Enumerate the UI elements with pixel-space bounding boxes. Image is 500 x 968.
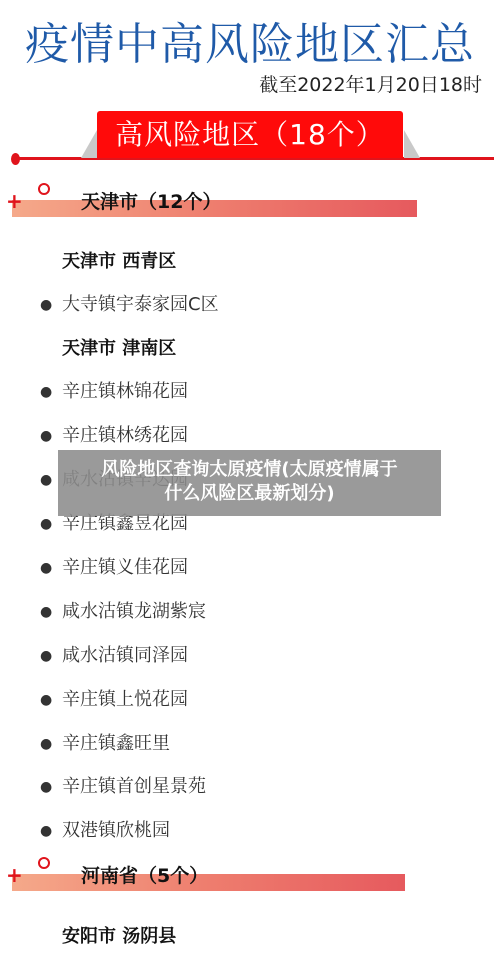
bullet-icon: ● xyxy=(40,560,62,576)
bullet-icon: ● xyxy=(40,384,62,400)
as-of-timestamp: 截至2022年1月20日18时 xyxy=(259,70,482,97)
banner-label: 高风险地区（18个） xyxy=(97,111,403,158)
gradient-bar xyxy=(12,874,405,891)
district-heading: 安阳市 汤阴县 xyxy=(62,922,176,948)
circle-icon xyxy=(38,183,50,195)
circle-icon xyxy=(38,857,50,869)
list-item: ●辛庄镇鑫旺里 xyxy=(40,729,170,755)
section-label: 河南省（5个） xyxy=(81,861,208,888)
list-item: ●双港镇欣桃园 xyxy=(40,816,170,842)
section-header-henan: + 河南省（5个） xyxy=(0,857,500,897)
high-risk-banner: 高风险地区（18个） xyxy=(0,110,500,170)
list-item: ●辛庄镇林绣花园 xyxy=(40,421,188,447)
district-heading: 天津市 西青区 xyxy=(62,247,176,273)
bullet-icon: ● xyxy=(40,779,62,795)
article-title-overlay[interactable]: 风险地区查询太原疫情(太原疫情属于 什么风险区最新划分) xyxy=(58,450,441,516)
list-item: ●咸水沽镇同泽园 xyxy=(40,641,188,667)
bullet-icon: ● xyxy=(40,428,62,444)
bullet-icon: ● xyxy=(40,692,62,708)
bullet-icon: ● xyxy=(40,823,62,839)
list-item: ●辛庄镇义佳花园 xyxy=(40,553,188,579)
ribbon-fold-right xyxy=(404,130,420,158)
bullet-icon: ● xyxy=(40,516,62,532)
district-heading: 天津市 津南区 xyxy=(62,334,176,360)
list-item: ●咸水沽镇龙湖紫宸 xyxy=(40,597,206,623)
list-item: ●辛庄镇上悦花园 xyxy=(40,685,188,711)
dot-icon xyxy=(11,153,20,165)
overlay-line-1: 风险地区查询太原疫情(太原疫情属于 xyxy=(58,458,441,482)
bullet-icon: ● xyxy=(40,736,62,752)
page-title: 疫情中高风险地区汇总 xyxy=(0,8,500,72)
list-item: ●大寺镇宇泰家园C区 xyxy=(40,290,219,316)
bullet-icon: ● xyxy=(40,297,62,313)
plus-icon: + xyxy=(6,189,23,213)
bullet-icon: ● xyxy=(40,604,62,620)
bullet-icon: ● xyxy=(40,648,62,664)
section-label: 天津市（12个） xyxy=(81,187,221,214)
overlay-line-2: 什么风险区最新划分) xyxy=(58,482,441,506)
list-item: ●辛庄镇首创星景苑 xyxy=(40,772,206,798)
ribbon-fold-left xyxy=(81,130,97,158)
plus-icon: + xyxy=(6,863,23,887)
list-item: ●辛庄镇林锦花园 xyxy=(40,377,188,403)
section-header-tianjin: + 天津市（12个） xyxy=(0,183,500,223)
